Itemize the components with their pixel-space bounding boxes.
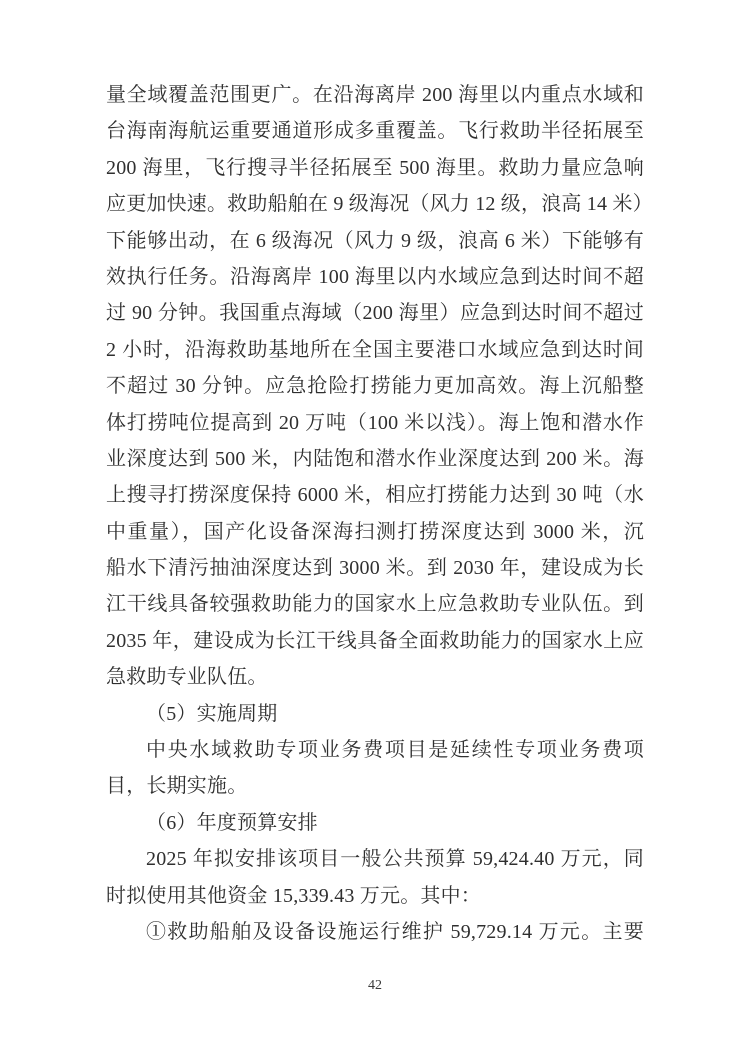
page-number: 42 (106, 978, 644, 994)
text-line: 2025 年拟安排该项目一般公共预算 59,424.40 万元，同 (106, 841, 644, 877)
text-line: ①救助船舶及设备设施运行维护 59,729.14 万元。主要 (106, 914, 644, 950)
text-line: 目，长期实施。 (106, 768, 644, 804)
text-line: 台海南海航运重要通道形成多重覆盖。飞行救助半径拓展至 (106, 113, 644, 149)
section-heading: （5）实施周期 (106, 696, 644, 732)
text-line: 效执行任务。沿海离岸 100 海里以内水域应急到达时间不超 (106, 259, 644, 295)
text-line: 上搜寻打捞深度保持 6000 米，相应打捞能力达到 30 吨（水 (106, 477, 644, 513)
body-text: 量全域覆盖范围更广。在沿海离岸 200 海里以内重点水域和 台海南海航运重要通道… (106, 77, 644, 950)
text-line: 下能够出动，在 6 级海况（风力 9 级，浪高 6 米）下能够有 (106, 223, 644, 259)
text-line: 过 90 分钟。我国重点海域（200 海里）应急到达时间不超过 (106, 295, 644, 331)
text-line: 船水下清污抽油深度达到 3000 米。到 2030 年，建设成为长 (106, 550, 644, 586)
text-line: 200 海里，飞行搜寻半径拓展至 500 海里。救助力量应急响 (106, 150, 644, 186)
text-line: 急救助专业队伍。 (106, 659, 644, 695)
text-line: 2 小时，沿海救助基地所在全国主要港口水域应急到达时间 (106, 332, 644, 368)
text-line: 量全域覆盖范围更广。在沿海离岸 200 海里以内重点水域和 (106, 77, 644, 113)
text-line: 江干线具备较强救助能力的国家水上应急救助专业队伍。到 (106, 586, 644, 622)
text-line: 2035 年，建设成为长江干线具备全面救助能力的国家水上应 (106, 623, 644, 659)
text-line: 中重量），国产化设备深海扫测打捞深度达到 3000 米，沉 (106, 514, 644, 550)
text-line: 中央水域救助专项业务费项目是延续性专项业务费项 (106, 732, 644, 768)
document-page: 量全域覆盖范围更广。在沿海离岸 200 海里以内重点水域和 台海南海航运重要通道… (0, 0, 750, 1060)
text-line: 时拟使用其他资金 15,339.43 万元。其中： (106, 878, 644, 914)
text-line: 应更加快速。救助船舶在 9 级海况（风力 12 级，浪高 14 米） (106, 186, 644, 222)
text-line: 体打捞吨位提高到 20 万吨（100 米以浅）。海上饱和潜水作 (106, 405, 644, 441)
text-line: 不超过 30 分钟。应急抢险打捞能力更加高效。海上沉船整 (106, 368, 644, 404)
text-line: 业深度达到 500 米，内陆饱和潜水作业深度达到 200 米。海 (106, 441, 644, 477)
section-heading: （6）年度预算安排 (106, 805, 644, 841)
